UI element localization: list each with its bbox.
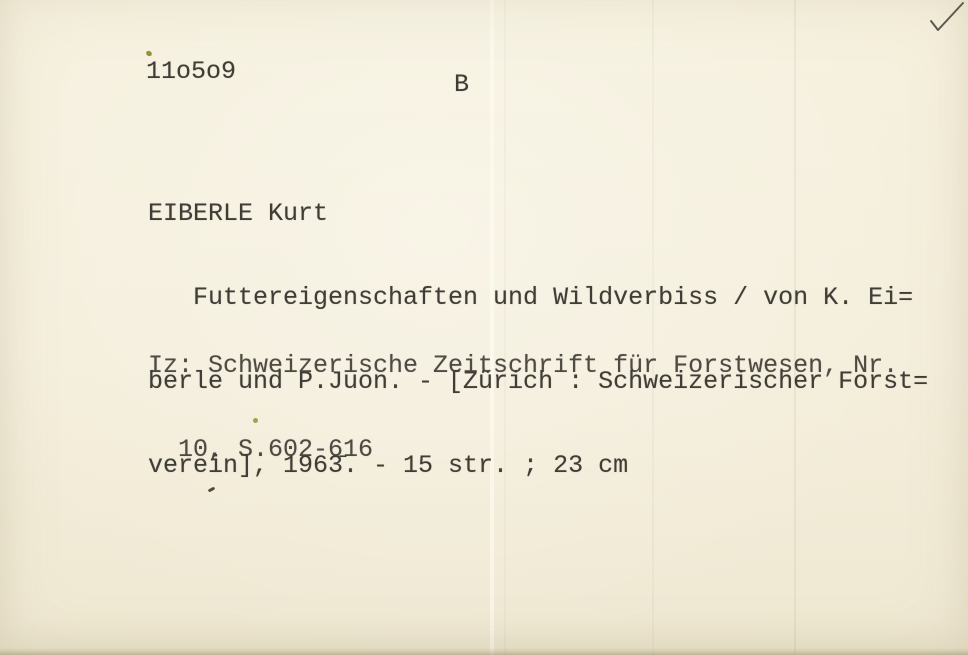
call-number: 11o5o9 [146, 58, 236, 86]
entry-author-line: EIBERLE Kurt [148, 200, 928, 228]
card-bottom-edge [0, 648, 968, 655]
catalog-card: 11o5o9 B EIBERLE Kurt Futtereigenschafte… [0, 0, 968, 655]
source-note-line: 10, S.602-616 [148, 436, 898, 464]
handwritten-checkmark-icon [925, 1, 967, 34]
source-note-line: Iz: Schweizerische Zeitschrift für Forst… [148, 352, 898, 380]
section-letter: B [454, 71, 469, 99]
source-note: Iz: Schweizerische Zeitschrift für Forst… [148, 296, 898, 520]
